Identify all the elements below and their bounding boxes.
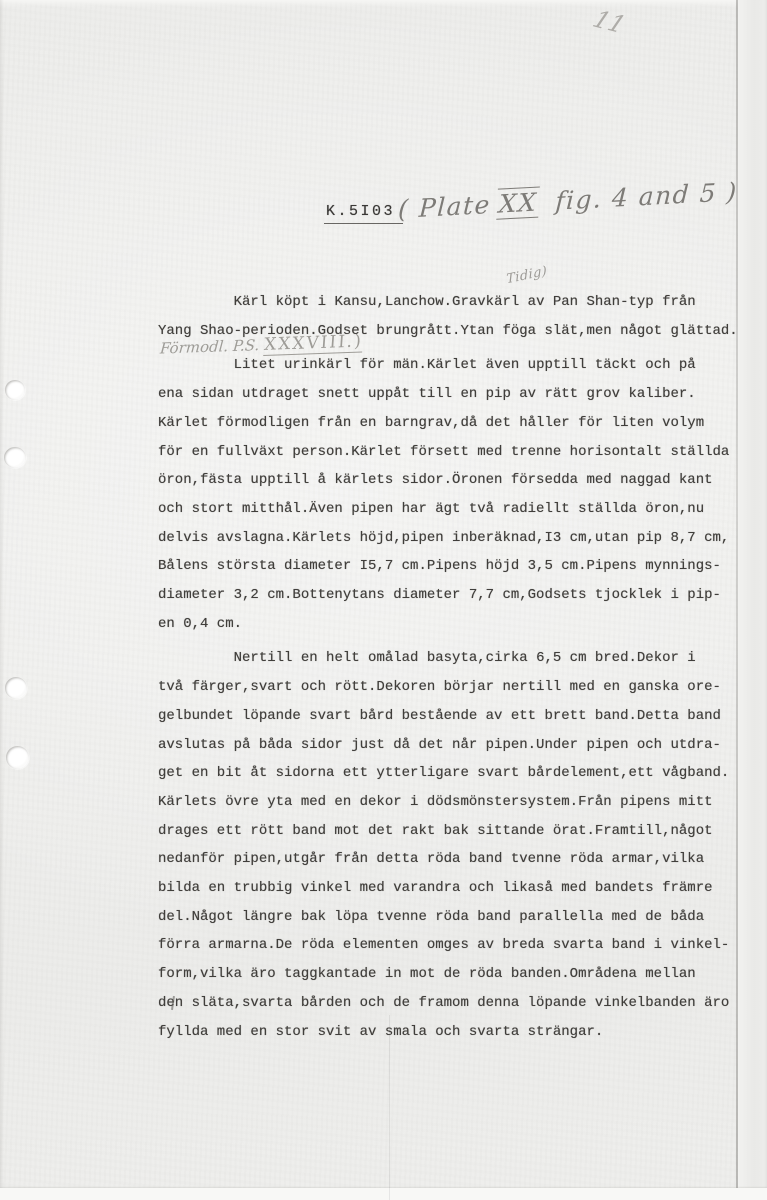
punch-hole — [5, 677, 27, 699]
pencil-page-number: 11 — [589, 5, 630, 38]
typed-body-text: Kärl köpt i Kansu,Lanchow.Gravkärl av Pa… — [158, 288, 750, 1046]
paragraph-provenance: Kärl köpt i Kansu,Lanchow.Gravkärl av Pa… — [158, 288, 750, 345]
plate-note-roman-numeral: XX — [496, 186, 540, 219]
catalog-number: K.5I03 — [324, 203, 403, 224]
page-left-edge-shadow — [0, 0, 4, 1200]
paragraph-decor: Nertill en helt omålad basyta,cirka 6,5 … — [158, 644, 750, 1046]
handwritten-plate-note: ( PlateXXfig. 4 and 5 ) — [397, 177, 738, 224]
punch-hole — [6, 746, 29, 769]
plate-note-pre: ( Plate — [397, 190, 491, 224]
punch-hole — [4, 447, 26, 468]
page-bottom-edge — [0, 1188, 767, 1200]
punch-hole — [5, 380, 25, 400]
paragraph-description-measurements: Litet urinkärl för män.Kärlet även uppti… — [158, 351, 750, 638]
plate-note-post: fig. 4 and 5 ) — [555, 177, 739, 216]
plate-note-gap — [545, 210, 555, 211]
handwritten-tidig-annotation: Tidig) — [506, 264, 548, 288]
scanned-catalog-card-page: 11 K.5I03 ( PlateXXfig. 4 and 5 ) Tidig)… — [0, 0, 767, 1200]
page-top-edge — [0, 0, 767, 7]
